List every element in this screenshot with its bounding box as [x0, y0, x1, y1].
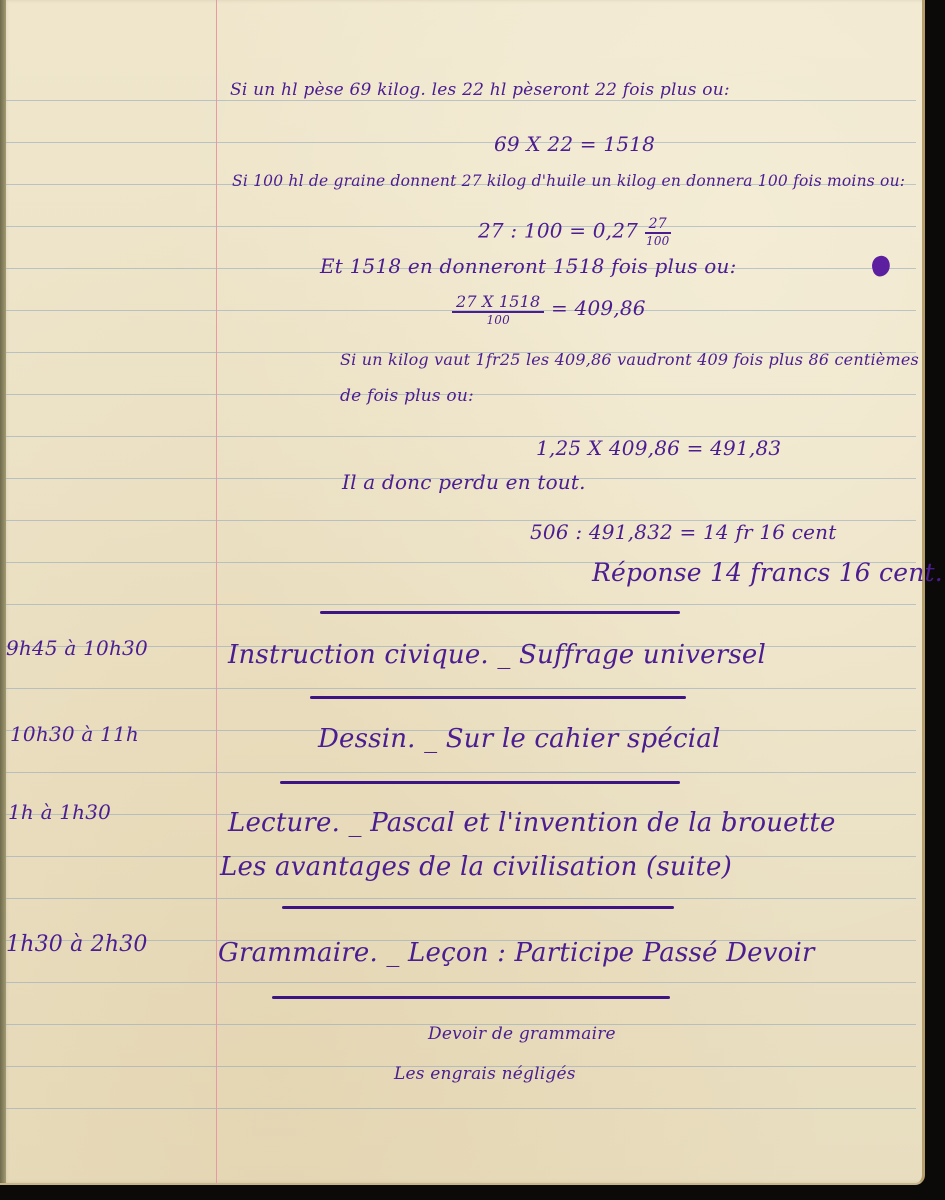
schedule-subject-3-line-2: Les avantages de la civilisation (suite)	[220, 852, 732, 882]
schedule-time-1: 9h45 à 10h30	[6, 636, 148, 660]
section-divider	[310, 696, 686, 699]
problem-line-5: de fois plus ou:	[340, 386, 474, 406]
answer: Réponse 14 francs 16 cent.	[592, 558, 943, 587]
ruled-line	[6, 688, 916, 689]
section-divider	[320, 611, 680, 614]
ruled-line	[6, 100, 916, 101]
margin-line	[216, 0, 217, 1183]
equation-5: 506 : 491,832 = 14 fr 16 cent	[530, 520, 837, 544]
problem-line-4: Si un kilog vaut 1fr25 les 409,86 vaudro…	[340, 350, 919, 369]
schedule-time-4: 1h30 à 2h30	[6, 932, 148, 957]
homework-title: Devoir de grammaire	[428, 1024, 616, 1044]
equation-1: 69 X 22 = 1518	[494, 132, 655, 156]
problem-line-2: Si 100 hl de graine donnent 27 kilog d'h…	[232, 172, 905, 190]
section-divider	[282, 906, 674, 909]
equation-3-result: = 409,86	[551, 296, 646, 320]
schedule-time-3: 1h à 1h30	[8, 800, 111, 824]
schedule-time-2: 10h30 à 11h	[10, 722, 139, 746]
equation-3: 27 X 1518 100 = 409,86	[452, 292, 646, 327]
schedule-subject-2: Dessin. _ Sur le cahier spécial	[318, 724, 720, 754]
section-divider	[272, 996, 670, 999]
ruled-line	[6, 142, 916, 143]
notebook-page: Si un hl pèse 69 kilog. les 22 hl pèsero…	[0, 0, 925, 1185]
notebook-spine	[0, 0, 6, 1183]
homework-topic: Les engrais négligés	[394, 1064, 576, 1084]
equation-2-left: 27 : 100 = 0,27	[478, 219, 638, 243]
ink-blot	[870, 254, 893, 278]
problem-line-1: Si un hl pèse 69 kilog. les 22 hl pèsero…	[230, 80, 730, 100]
schedule-subject-3: Lecture. _ Pascal et l'invention de la b…	[228, 808, 836, 838]
equation-2-fraction: 27 100	[645, 216, 671, 248]
ruled-line	[6, 226, 916, 227]
equation-4: 1,25 X 409,86 = 491,83	[536, 436, 781, 460]
equation-3-fraction: 27 X 1518 100	[452, 292, 544, 327]
ruled-line	[6, 1108, 916, 1109]
schedule-subject-1: Instruction civique. _ Suffrage universe…	[228, 640, 766, 670]
problem-line-3: Et 1518 en donneront 1518 fois plus ou:	[320, 254, 737, 278]
ruled-line	[6, 982, 916, 983]
ruled-line	[6, 772, 916, 773]
equation-2: 27 : 100 = 0,27 27 100	[478, 216, 671, 248]
ruled-line	[6, 898, 916, 899]
problem-line-6: Il a donc perdu en tout.	[342, 470, 586, 494]
schedule-subject-4: Grammaire. _ Leçon : Participe Passé Dev…	[218, 938, 815, 968]
section-divider	[280, 781, 680, 784]
ruled-line	[6, 604, 916, 605]
